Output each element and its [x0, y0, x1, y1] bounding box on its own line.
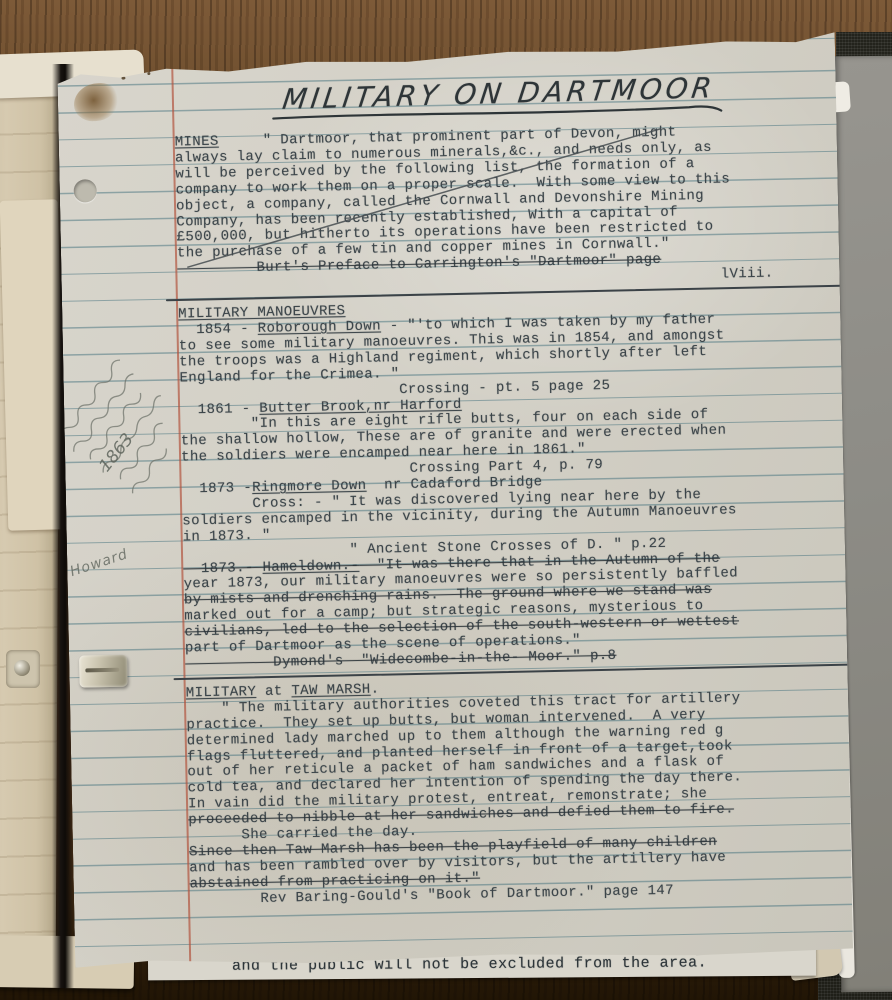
photo-scrapbook-binder: { "title": "MILITARY ON DARTMOOR", "bott…	[0, 0, 892, 1000]
brass-fastener-page	[79, 655, 128, 688]
pencil-marginalia: 1863	[62, 313, 186, 535]
typed-content: MILITARY ON DARTMOOR MINES " Dartmoor, t…	[174, 71, 840, 909]
section-lines: MINES " Dartmoor, that prominent part of…	[175, 123, 828, 295]
section-lines: MILITARY at TAW MARSH. " The military au…	[186, 673, 840, 909]
section-mines: MINES " Dartmoor, that prominent part of…	[175, 123, 828, 295]
section-lines: MILITARY MANOEUVRES 1854 - Roborough Dow…	[178, 295, 835, 674]
marginalia-pencil-note	[62, 313, 196, 516]
section-military-at-taw-marsh: MILITARY at TAW MARSH. " The military au…	[186, 673, 840, 909]
scrapbook-page: 1863 Howard MILITARY ON DARTMOOR MINES "…	[57, 32, 853, 967]
section-military-manoeuvres: MILITARY MANOEUVRES 1854 - Roborough Dow…	[178, 295, 835, 674]
paper-speck	[147, 72, 150, 75]
page-title: MILITARY ON DARTMOOR	[269, 72, 730, 123]
brass-fastener-left-stack	[6, 650, 40, 688]
